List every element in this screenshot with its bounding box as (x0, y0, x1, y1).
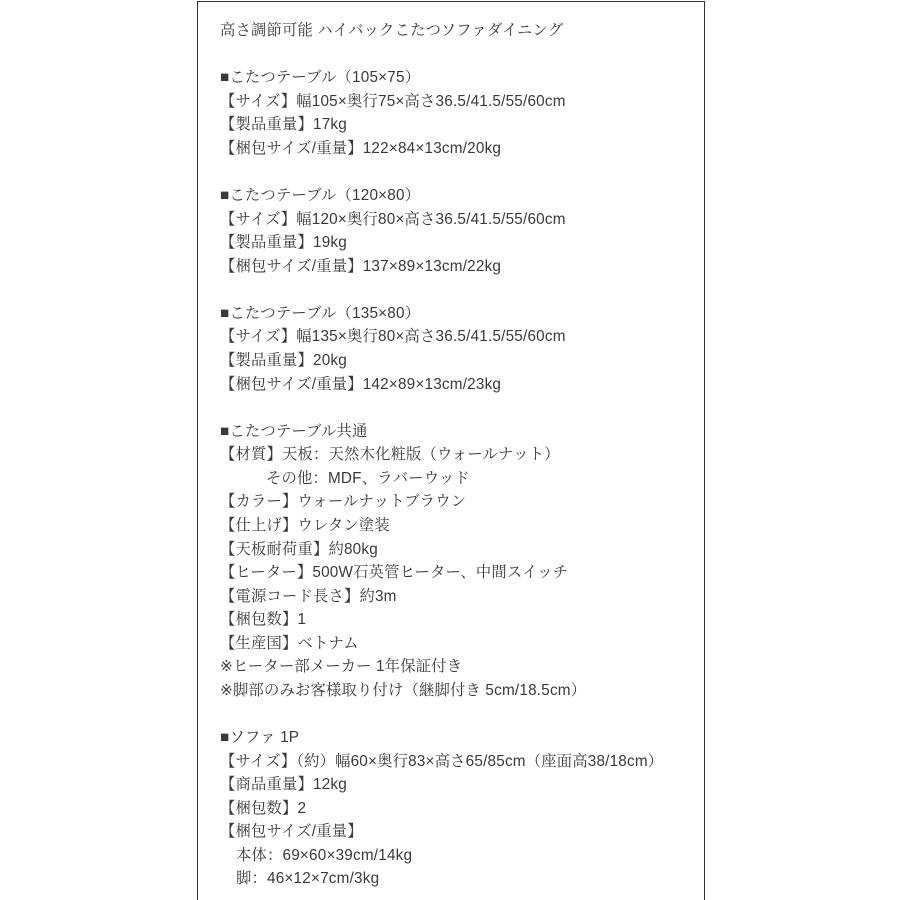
spec-line-package: 【梱包サイズ/重量】137×89×13cm/22kg (220, 255, 686, 279)
spec-line-size: 【サイズ】（約）幅60×奥行83×高さ65/85cm（座面高38/18cm） (220, 750, 686, 774)
spec-line-product-weight: 【製品重量】20kg (220, 349, 686, 373)
page-title: 高さ調節可能 ハイバックこたつソファダイニング (220, 19, 686, 43)
spec-line-package: 【梱包サイズ/重量】142×89×13cm/23kg (220, 373, 686, 397)
section-heading: ■こたつテーブル（135×80） (220, 302, 686, 326)
spec-line-package: 【梱包サイズ/重量】122×84×13cm/20kg (220, 137, 686, 161)
spec-section-kotatsu-table-common: ■こたつテーブル共通 【材質】天板：天然木化粧版（ウォールナット） その他：MD… (220, 420, 686, 703)
spec-line-load-capacity: 【天板耐荷重】約80kg (220, 538, 686, 562)
spec-line-country: 【生産国】ベトナム (220, 632, 686, 656)
spec-line-color: 【カラー】ウォールナットブラウン (220, 490, 686, 514)
spec-line-package-count: 【梱包数】1 (220, 608, 686, 632)
spec-line-material: 【材質】天板：天然木化粧版（ウォールナット） (220, 443, 686, 467)
spec-line-product-weight: 【製品重量】19kg (220, 231, 686, 255)
spec-section-kotatsu-table-135: ■こたつテーブル（135×80） 【サイズ】幅135×奥行80×高さ36.5/4… (220, 302, 686, 396)
section-heading: ■こたつテーブル（120×80） (220, 184, 686, 208)
spec-line-material-other: その他：MDF、ラバーウッド (220, 467, 686, 491)
spec-line-size: 【サイズ】幅135×奥行80×高さ36.5/41.5/55/60cm (220, 325, 686, 349)
spec-note-heater-warranty: ※ヒーター部メーカー 1年保証付き (220, 655, 686, 679)
spec-line-package-count: 【梱包数】2 (220, 797, 686, 821)
spec-section-kotatsu-table-105: ■こたつテーブル（105×75） 【サイズ】幅105×奥行75×高さ36.5/4… (220, 66, 686, 160)
spec-section-kotatsu-table-120: ■こたつテーブル（120×80） 【サイズ】幅120×奥行80×高さ36.5/4… (220, 184, 686, 278)
spec-line-package-label: 【梱包サイズ/重量】 (220, 820, 686, 844)
spec-line-product-weight: 【製品重量】17kg (220, 113, 686, 137)
section-heading: ■こたつテーブル（105×75） (220, 66, 686, 90)
spec-section-sofa-1p: ■ソファ 1P 【サイズ】（約）幅60×奥行83×高さ65/85cm（座面高38… (220, 726, 686, 891)
section-heading: ■ソファ 1P (220, 726, 686, 750)
section-heading: ■こたつテーブル共通 (220, 420, 686, 444)
spec-line-package-body: 本体：69×60×39cm/14kg (220, 844, 686, 868)
spec-line-package-legs: 脚：46×12×7cm/3kg (220, 867, 686, 891)
spec-line-finish: 【仕上げ】ウレタン塗装 (220, 514, 686, 538)
spec-line-heater: 【ヒーター】500W石英管ヒーター、中間スイッチ (220, 561, 686, 585)
spec-line-product-weight: 【商品重量】12kg (220, 773, 686, 797)
spec-line-cord-length: 【電源コード長さ】約3m (220, 585, 686, 609)
spec-note-leg-assembly: ※脚部のみお客様取り付け（継脚付き 5cm/18.5cm） (220, 679, 686, 703)
product-spec-panel: 高さ調節可能 ハイバックこたつソファダイニング ■こたつテーブル（105×75）… (197, 1, 705, 900)
spec-line-size: 【サイズ】幅105×奥行75×高さ36.5/41.5/55/60cm (220, 90, 686, 114)
spec-line-size: 【サイズ】幅120×奥行80×高さ36.5/41.5/55/60cm (220, 208, 686, 232)
